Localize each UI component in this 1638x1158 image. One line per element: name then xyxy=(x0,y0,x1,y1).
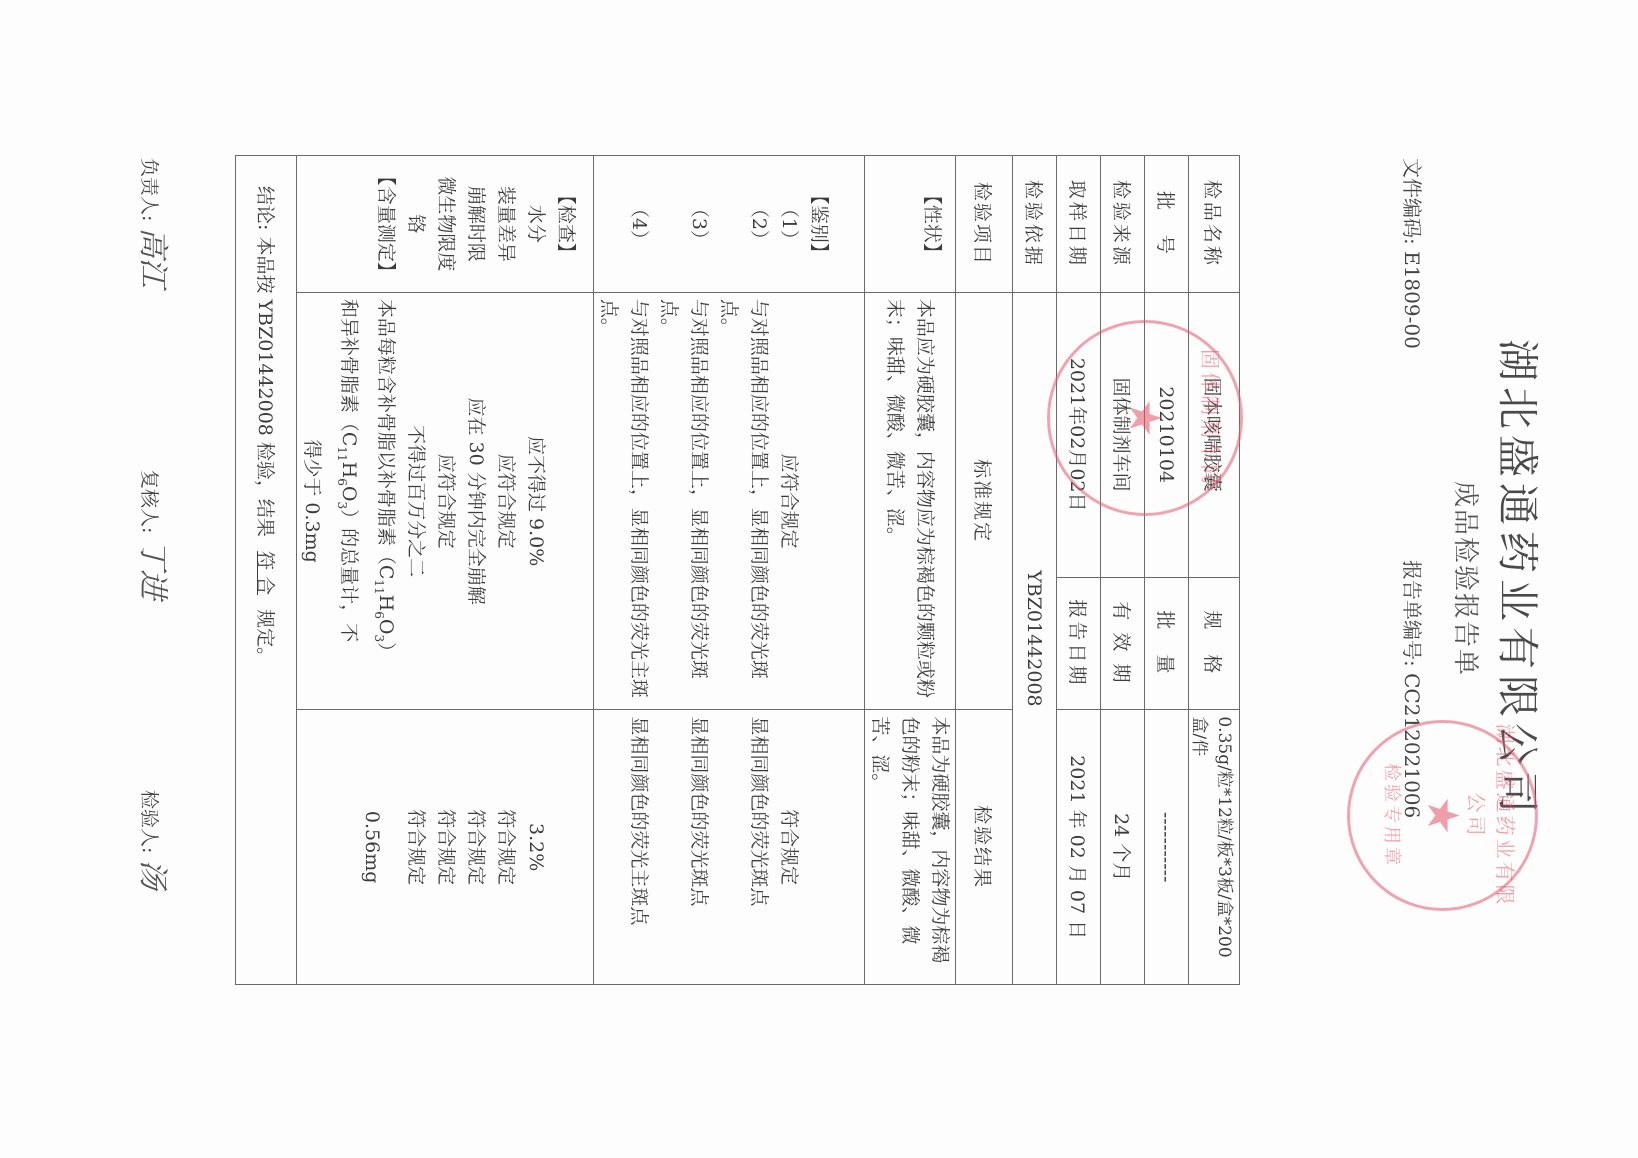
identification-results: 符合规定 显相同颜色的荧光斑点 显相同颜色的荧光斑点 显相同颜色的荧光主斑点 xyxy=(594,710,865,985)
identification-item-2: （2） xyxy=(744,162,774,286)
inspection-result-microbial: 符合规定 xyxy=(431,716,461,978)
report-date-label: 报告日期 xyxy=(1057,577,1101,710)
identification-item-3: （3） xyxy=(684,162,714,286)
inspection-item-disintegration: 崩解时限 xyxy=(461,162,491,286)
assay-result: 0.56mg xyxy=(357,716,387,978)
identification-standard-3: 与对照品相应的位置上，显相同颜色的荧光斑点。 xyxy=(654,299,714,704)
inspection-report-page: 湖北盛通药业有限公司 成品检验报告单 文件编码: E1809-00 报告单编号:… xyxy=(0,0,1638,1158)
doc-code-value: E1809-00 xyxy=(1400,251,1424,349)
spacer xyxy=(654,716,684,978)
star-icon: ★ xyxy=(1417,796,1468,835)
row-batch: 批 号 20210104 批 量 ----------- xyxy=(1145,156,1189,985)
inspection-item-water: 水分 xyxy=(521,162,551,286)
identification-result-3: 显相同颜色的荧光斑点 xyxy=(684,716,714,978)
identification-result-4: 显相同颜色的荧光主斑点 xyxy=(624,716,654,978)
identification-items: 【鉴别】 （1） （2） （3） （4） xyxy=(594,156,865,293)
batch-no-label: 批 号 xyxy=(1145,156,1189,293)
batch-qty-value: ----------- xyxy=(1145,710,1189,985)
col-result-header: 检验结果 xyxy=(956,710,1013,985)
doc-code: 文件编码: E1809-00 xyxy=(1399,158,1428,349)
inspector-label: 检验人: xyxy=(138,790,160,853)
signature-responsible: 负责人: 高江 xyxy=(134,158,178,287)
spec-value: 0.35g/粒*12粒/板*3板/盒*200盒/件 xyxy=(1189,710,1240,985)
formula-sub: 11 xyxy=(372,579,386,594)
inspection-result-disintegration: 符合规定 xyxy=(461,716,491,978)
row-conclusion: 结论: 本品按 YBZ01442008 检验，结果 符 合 规定。 xyxy=(236,156,297,985)
col-standard-header: 标准规定 xyxy=(956,292,1013,710)
company-stamp-subtext: 检验专用章 xyxy=(1380,723,1406,908)
conclusion: 结论: 本品按 YBZ01442008 检验，结果 符 合 规定。 xyxy=(236,156,297,985)
identification-standard-2: 与对照品相应的位置上，显相同颜色的荧光斑点。 xyxy=(714,299,774,704)
row-basis: 检验依据 YBZ01442008 xyxy=(1013,156,1057,985)
doc-code-label: 文件编码: xyxy=(1400,158,1424,245)
inspection-standards: 应不得过 9.0% 应符合规定 应在 30 分钟内完全崩解 应符合规定 不得过百… xyxy=(297,292,594,710)
reviewer-label: 复核人: xyxy=(138,470,160,533)
assay-standard-tail-1: ） xyxy=(375,642,397,661)
report-number-label: 报告单编号: xyxy=(1400,560,1424,667)
assay-standard-line3: 得少于 0.3mg xyxy=(297,299,327,704)
spacer xyxy=(714,716,744,978)
inspection-heading: 【检查】 xyxy=(551,162,581,286)
signature-inspector: 检验人: 汤 xyxy=(134,790,178,889)
character-item: 【性状】 xyxy=(865,156,956,293)
inspection-item-chromium: 铬 xyxy=(401,162,431,286)
expiry-label: 有 效 期 xyxy=(1101,577,1145,710)
formula-sub: 3 xyxy=(372,634,386,642)
signature-reviewer: 复核人: 丁进 xyxy=(134,470,178,599)
row-source: 检验来源 固体制剂车间 有 效 期 24 个月 xyxy=(1101,156,1145,985)
conclusion-verdict: 符 合 xyxy=(254,551,276,595)
row-identification: 【鉴别】 （1） （2） （3） （4） 应符合规定 与对照品相应的位置上，显相… xyxy=(594,156,865,985)
inspection-result-fill: 符合规定 xyxy=(491,716,521,978)
conclusion-suffix: 规定。 xyxy=(254,609,276,666)
inspection-result-water: 3.2% xyxy=(521,716,551,978)
assay-standard-line2: 和异补骨脂素（C11H6O3）的总量计，不 xyxy=(327,299,364,704)
col-item-header: 检验项目 xyxy=(956,156,1013,293)
report-table: 检品名称 固本咳喘胶囊 规 格 0.35g/粒*12粒/板*3板/盒*200盒/… xyxy=(235,155,1240,985)
inspection-standard-water: 应不得过 9.0% xyxy=(521,299,551,704)
star-icon: ★ xyxy=(1120,398,1171,437)
conclusion-prefix: 结论: 本品按 YBZ01442008 检验，结果 xyxy=(254,186,276,537)
character-result: 本品为硬胶囊，内容物为棕褐色的粉末；味甜、微酸、微苦、涩。 xyxy=(865,710,956,985)
row-product: 检品名称 固本咳喘胶囊 规 格 0.35g/粒*12粒/板*3板/盒*200盒/… xyxy=(1189,156,1240,985)
assay-standard-tail-2: ）的总量计，不 xyxy=(338,509,360,642)
inspection-standard-fill: 应符合规定 xyxy=(491,299,521,704)
row-inspection: 【检查】 水分 装量差异 崩解时限 微生物限度 铬 【含量测定】 应不得过 9.… xyxy=(297,156,594,985)
spacer xyxy=(551,299,585,704)
batch-qty-label: 批 量 xyxy=(1145,577,1189,710)
row-dates: 取样日期 2021年02月02日 报告日期 2021 年 02 月 07 日 xyxy=(1057,156,1101,985)
company-inspection-stamp: 湖北盛通药业有限公司 ★ 检验专用章 xyxy=(1347,720,1538,911)
identification-result-1: 符合规定 xyxy=(774,716,804,978)
spec-label: 规 格 xyxy=(1189,577,1240,710)
identification-heading: 【鉴别】 xyxy=(804,162,834,286)
formula-sub: 3 xyxy=(335,501,349,509)
inspector-signature: 汤 xyxy=(135,859,170,889)
workshop-stamp: 固体制剂车间 ★ xyxy=(1047,320,1243,516)
assay-item: 【含量测定】 xyxy=(371,162,401,286)
assay-standard-text-1: 本品每粒含补骨脂以补骨脂素（C xyxy=(375,299,397,580)
basis-label: 检验依据 xyxy=(1013,156,1057,293)
inspection-standard-microbial: 应符合规定 xyxy=(431,299,461,704)
identification-standards: 应符合规定 与对照品相应的位置上，显相同颜色的荧光斑点。 与对照品相应的位置上，… xyxy=(594,292,865,710)
report-title: 成品检验报告单 xyxy=(1449,0,1486,1158)
formula-sub: 6 xyxy=(335,478,349,486)
responsible-signature: 高江 xyxy=(135,227,170,287)
report-date-value: 2021 年 02 月 07 日 xyxy=(1057,710,1101,985)
row-character: 【性状】 本品应为硬胶囊，内容物应为棕褐色的颗粒或粉末；味甜、微酸、微苦、涩。 … xyxy=(865,156,956,985)
company-name: 湖北盛通药业有限公司 xyxy=(1490,0,1550,1158)
reviewer-signature: 丁进 xyxy=(135,539,170,599)
assay-standard-line1: 本品每粒含补骨脂以补骨脂素（C11H6O3） xyxy=(364,299,401,704)
inspection-items: 【检查】 水分 装量差异 崩解时限 微生物限度 铬 【含量测定】 xyxy=(297,156,594,293)
responsible-label: 负责人: xyxy=(138,158,160,221)
inspection-result-chromium: 符合规定 xyxy=(401,716,431,978)
inspection-results: 3.2% 符合规定 符合规定 符合规定 符合规定 0.56mg xyxy=(297,710,594,985)
identification-standard-1: 应符合规定 xyxy=(774,299,804,704)
spacer xyxy=(551,716,585,978)
sample-date-label: 取样日期 xyxy=(1057,156,1101,293)
character-standard: 本品应为硬胶囊，内容物应为棕褐色的颗粒或粉末；味甜、微酸、微苦、涩。 xyxy=(865,292,956,710)
inspection-item-microbial: 微生物限度 xyxy=(431,162,461,286)
formula-sub: 6 xyxy=(372,611,386,619)
inspection-standard-chromium: 不得过百万分之二 xyxy=(401,299,431,704)
identification-item-1: （1） xyxy=(774,162,804,286)
assay-standard-text-2: 和异补骨脂素（C xyxy=(338,299,360,447)
inspection-item-fill: 装量差异 xyxy=(491,162,521,286)
inspection-standard-disintegration: 应在 30 分钟内完全崩解 xyxy=(461,299,491,704)
spacer xyxy=(654,162,684,286)
source-label: 检验来源 xyxy=(1101,156,1145,293)
formula-sub: 11 xyxy=(335,446,349,461)
company-stamp-text: 湖北盛通药业有限公司 xyxy=(1463,723,1521,908)
workshop-stamp-text: 固体制剂车间 xyxy=(1197,323,1226,513)
row-column-headers: 检验项目 标准规定 检验结果 xyxy=(956,156,1013,985)
identification-result-2: 显相同颜色的荧光斑点 xyxy=(744,716,774,978)
spacer xyxy=(714,162,744,286)
identification-standard-4: 与对照品相应的位置上，显相同颜色的荧光主斑点。 xyxy=(594,299,654,704)
identification-item-4: （4） xyxy=(624,162,654,286)
product-name-label: 检品名称 xyxy=(1189,156,1240,293)
expiry-value: 24 个月 xyxy=(1101,710,1145,985)
